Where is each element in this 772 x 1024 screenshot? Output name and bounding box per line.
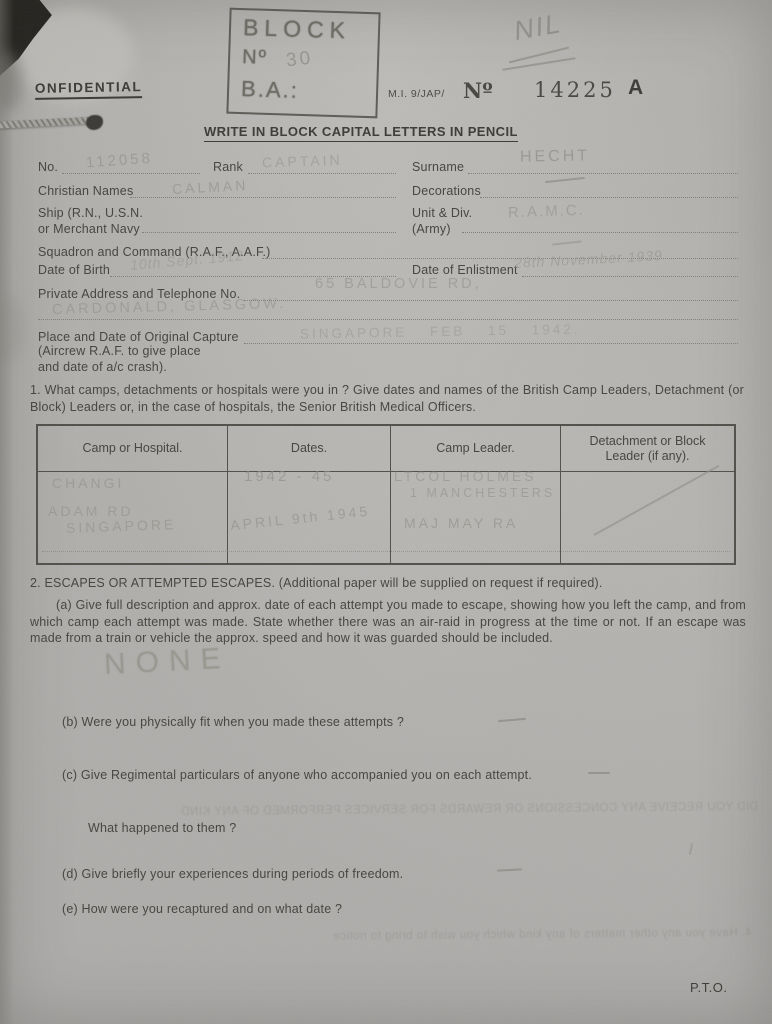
header-camp-leader: Camp Leader. xyxy=(391,426,561,471)
field-no-value: 112058 xyxy=(85,150,153,172)
nil-annotation: NIL xyxy=(512,8,565,47)
field-surname-line xyxy=(468,172,738,174)
field-address-line-2 xyxy=(38,318,738,320)
field-ship-label: Ship (R.N., U.S.N. or Merchant Navy xyxy=(38,206,143,237)
question-2a-text: (a) Give full description and approx. da… xyxy=(30,597,746,647)
pencil-dash-squadron xyxy=(552,240,582,245)
bleed-through-line-2: 4. Have you any other matters of any kin… xyxy=(272,927,752,943)
field-capture-value: SINGAPORE FEB 15 1942. xyxy=(300,322,581,342)
serial-number: 14225 xyxy=(534,78,616,102)
serial-no-label: Nº xyxy=(463,78,493,103)
question-2b-text: (b) Were you physically fit when you mad… xyxy=(62,714,404,731)
field-christian-names-value: CALMAN xyxy=(172,177,249,197)
field-unit-label-line2: (Army) xyxy=(412,222,451,236)
field-ship-label-line2: or Merchant Navy xyxy=(38,222,140,236)
body-col-detachment xyxy=(561,472,734,563)
question-2c-text: (c) Give Regimental particulars of anyon… xyxy=(62,767,532,784)
row2-camp-line1: ADAM RD xyxy=(48,503,134,519)
question-1-text: 1. What camps, detachments or hospitals … xyxy=(30,382,744,415)
left-edge-shadow xyxy=(0,0,14,1024)
field-enlistment-line xyxy=(522,275,738,277)
field-dob-label: Date of Birth xyxy=(38,263,110,279)
field-ship-line xyxy=(142,231,396,233)
serial-grade: A xyxy=(628,76,643,100)
field-no-label: No. xyxy=(38,160,58,176)
block-number-stamp: BLOCK Nº 30 B.A.: xyxy=(226,8,380,119)
field-enlistment-value: 28th November 1939 xyxy=(514,247,663,271)
classification-marking: ONFIDENTIAL xyxy=(35,79,143,100)
header-dates: Dates. xyxy=(228,426,391,471)
camps-table-header-row: Camp or Hospital. Dates. Camp Leader. De… xyxy=(38,426,734,472)
stamp-block-word: BLOCK xyxy=(243,14,352,44)
binding-string xyxy=(0,116,98,128)
binding-string-knot xyxy=(86,115,103,130)
serial-prefix: M.I. 9/JAP/ xyxy=(388,88,445,100)
question-2-heading: 2. ESCAPES OR ATTEMPTED ESCAPES. (Additi… xyxy=(30,575,746,592)
row1-leader-line1: LTCOL HOLMES xyxy=(394,468,537,484)
row1-leader-line2: 1 MANCHESTERS xyxy=(410,486,555,500)
table-faint-dotline xyxy=(42,551,730,552)
question-2a-answer: NONE xyxy=(103,642,231,683)
camps-table: Camp or Hospital. Dates. Camp Leader. De… xyxy=(36,424,736,565)
field-no-line xyxy=(62,172,200,174)
field-rank-label: Rank xyxy=(213,160,243,176)
field-capture-note-line1: (Aircrew R.A.F. to give place xyxy=(38,344,201,358)
block-capitals-instruction: WRITE IN BLOCK CAPITAL LETTERS IN PENCIL xyxy=(204,124,518,142)
field-unit-label-line1: Unit & Div. xyxy=(412,206,472,220)
field-address-line-1 xyxy=(244,299,738,301)
field-surname-label: Surname xyxy=(412,160,464,176)
row1-camp: CHANGI xyxy=(52,475,124,491)
field-christian-names-line xyxy=(130,196,396,198)
field-capture-note: (Aircrew R.A.F. to give place and date o… xyxy=(38,344,201,375)
stamp-no-value: 30 xyxy=(285,47,314,72)
pencil-dash-b xyxy=(498,718,526,722)
question-2e-text: (e) How were you recaptured and on what … xyxy=(62,901,342,918)
row2-leader: MAJ MAY RA xyxy=(404,515,518,531)
field-squadron-line xyxy=(262,257,738,259)
field-christian-names-label: Christian Names xyxy=(38,184,133,200)
scanned-pow-questionnaire-page: ONFIDENTIAL BLOCK Nº 30 B.A.: NIL M.I. 9… xyxy=(0,0,772,1024)
field-surname-value: HECHT xyxy=(520,147,590,166)
field-capture-note-line2: and date of a/c crash). xyxy=(38,360,167,374)
header-camp-or-hospital: Camp or Hospital. xyxy=(38,426,228,471)
field-ship-label-line1: Ship (R.N., U.S.N. xyxy=(38,206,143,220)
field-unit-value: R.A.M.C. xyxy=(508,202,585,222)
header-detachment-leader: Detachment or Block Leader (if any). xyxy=(561,426,734,471)
field-decorations-label: Decorations xyxy=(412,184,481,200)
stamp-no-label: Nº xyxy=(242,46,268,69)
bleed-through-line-1: DID YOU RECEIVE ANY CONCESSIONS OR REWAR… xyxy=(58,801,758,819)
field-capture-line xyxy=(244,342,738,344)
row1-dates: 1942 - 45 xyxy=(244,468,334,485)
pencil-dash-d xyxy=(497,868,522,871)
field-rank-value: CAPTAIN xyxy=(262,152,343,171)
pto-marker: P.T.O. xyxy=(690,980,727,995)
field-decorations-line xyxy=(480,196,738,198)
pencil-tick-right xyxy=(689,843,693,855)
stamp-ba: B.A.: xyxy=(241,76,299,104)
surname-underline-stroke xyxy=(545,177,585,183)
pencil-dash-c xyxy=(588,772,610,774)
question-2d-text: (d) Give briefly your experiences during… xyxy=(62,866,403,883)
field-unit-line xyxy=(462,231,738,233)
question-2c2-text: What happened to them ? xyxy=(88,820,236,837)
field-address-value-1: 65 BALDOVIE RD, xyxy=(315,276,482,292)
field-rank-line xyxy=(248,172,396,174)
